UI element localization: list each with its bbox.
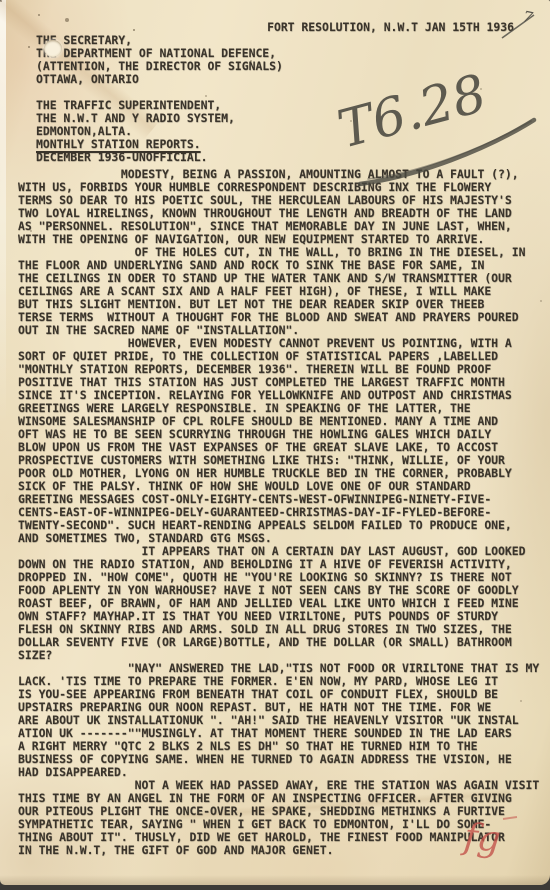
- paper-speckles: [0, 0, 2, 2]
- hole-punch: [44, 40, 62, 57]
- file-number-text: T6.28: [338, 74, 493, 161]
- scan-left-edge: [0, 0, 6, 425]
- recipient-address: THE SECRETARY, THE DEPARTMENT OF NATIONA…: [36, 34, 283, 164]
- letter-body: MODESTY, BEING A PASSION, AMOUNTING ALMO…: [18, 168, 539, 857]
- letter-page: FORT RESOLUTION, N.W.T JAN 15TH 1936 7 T…: [0, 0, 550, 885]
- address-line: OTTAWA, ONTARIO: [36, 73, 283, 86]
- dateline: FORT RESOLUTION, N.W.T JAN 15TH 1936: [267, 21, 514, 34]
- date-correction-mark: 7: [492, 4, 548, 46]
- file-number-annotation: T6.28: [338, 74, 543, 196]
- scan-bottom-shade: [0, 875, 550, 885]
- date-correction-digit: 7: [521, 7, 535, 27]
- red-initials-annotation: fg: [445, 802, 540, 884]
- red-initials-text: fg: [459, 816, 502, 861]
- subject-line-2: DECEMBER 1936-UNOFFICIAL.: [36, 151, 283, 164]
